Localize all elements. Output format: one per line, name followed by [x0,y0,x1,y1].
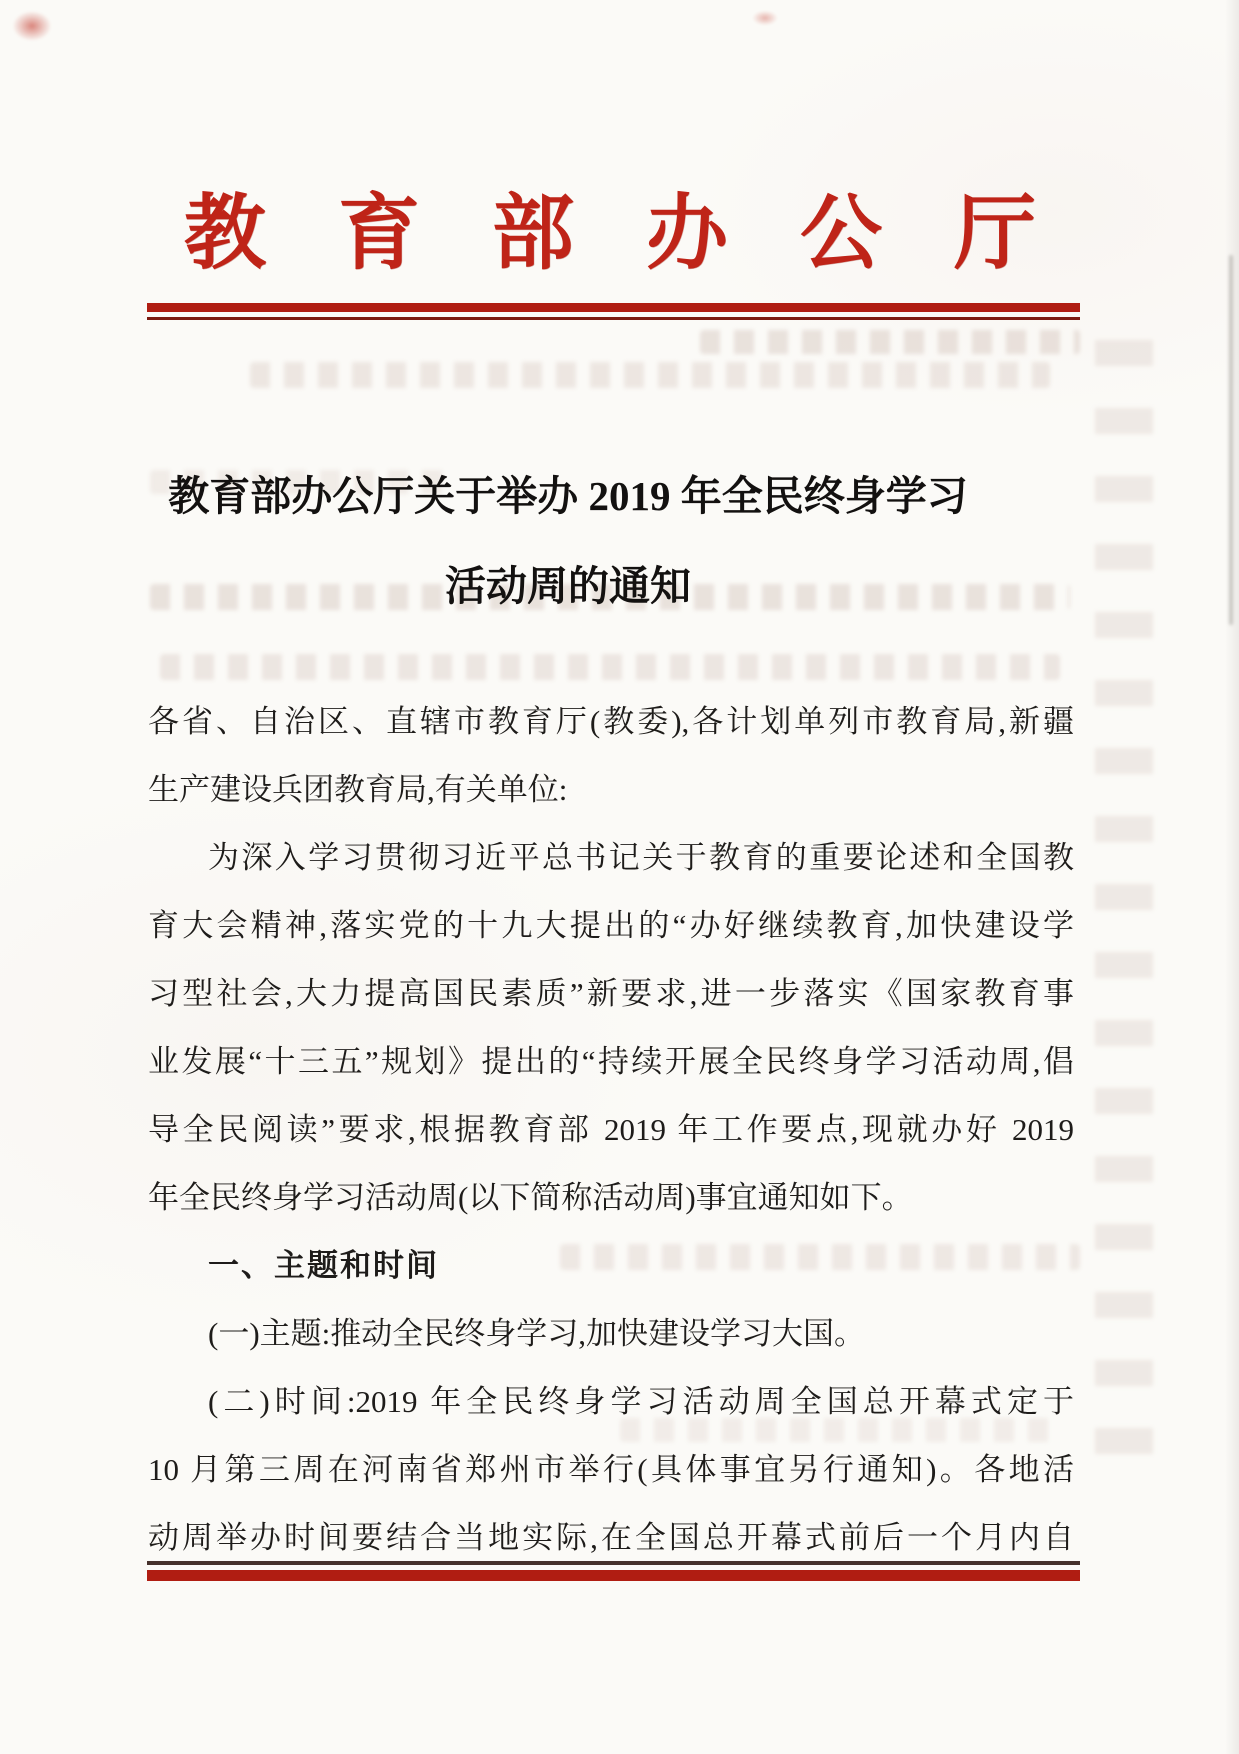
body-line: (一)主题:推动全民终身学习,加快建设学习大国。 [148,1300,1074,1368]
section-heading: 一、主题和时间 [148,1232,1074,1300]
letterhead-rule-thin [147,317,1080,320]
tail-rule-thick [147,1570,1080,1581]
bleedthrough-smudge [160,654,1060,680]
body-line: 习型社会,大力提高国民素质”新要求,进一步落实《国家教育事 [148,960,1074,1028]
scanned-official-document: { "agency": "教育部办公厅", "title_line1": "教育… [0,0,1239,1754]
document-title-line-2: 活动周的通知 [103,541,1033,631]
bleedthrough-smudge [700,330,1080,354]
recipients-line: 各省、自治区、直辖市教育厅(教委),各计划单列市教育局,新疆 [148,688,1074,756]
margin-bleedthrough [1095,340,1153,1470]
page-edge-shadow [1225,0,1239,1754]
bleedthrough-smudge [250,362,1050,388]
body-line: 为深入学习贯彻习近平总书记关于教育的重要论述和全国教 [148,824,1074,892]
red-ink-speck [6,6,58,46]
recipients-line: 生产建设兵团教育局,有关单位: [148,756,1074,824]
body-line: 导全民阅读”要求,根据教育部 2019 年工作要点,现就办好 2019 [148,1096,1074,1164]
body-line: 10 月第三周在河南省郑州市举行(具体事宜另行通知)。各地活 [148,1436,1074,1504]
body-line: 年全民终身学习活动周(以下简称活动周)事宜通知如下。 [148,1164,1074,1232]
body-line: 业发展“十三五”规划》提出的“持续开展全民终身学习活动周,倡 [148,1028,1074,1096]
document-title-line-1: 教育部办公厅关于举办 2019 年全民终身学习 [103,451,1033,541]
body-line: (二)时间:2019 年全民终身学习活动周全国总开幕式定于 [148,1368,1074,1436]
body-line: 育大会精神,落实党的十九大提出的“办好继续教育,加快建设学 [148,892,1074,960]
red-ink-speck [748,8,782,28]
document-title: 教育部办公厅关于举办 2019 年全民终身学习 活动周的通知 [103,451,1033,631]
document-body: 各省、自治区、直辖市教育厅(教委),各计划单列市教育局,新疆 生产建设兵团教育局… [148,688,1074,1572]
tail-rule-thin [147,1561,1080,1565]
letterhead-rule-thick [147,303,1080,312]
letterhead-agency-name: 教育部办公厅 [184,184,1108,284]
